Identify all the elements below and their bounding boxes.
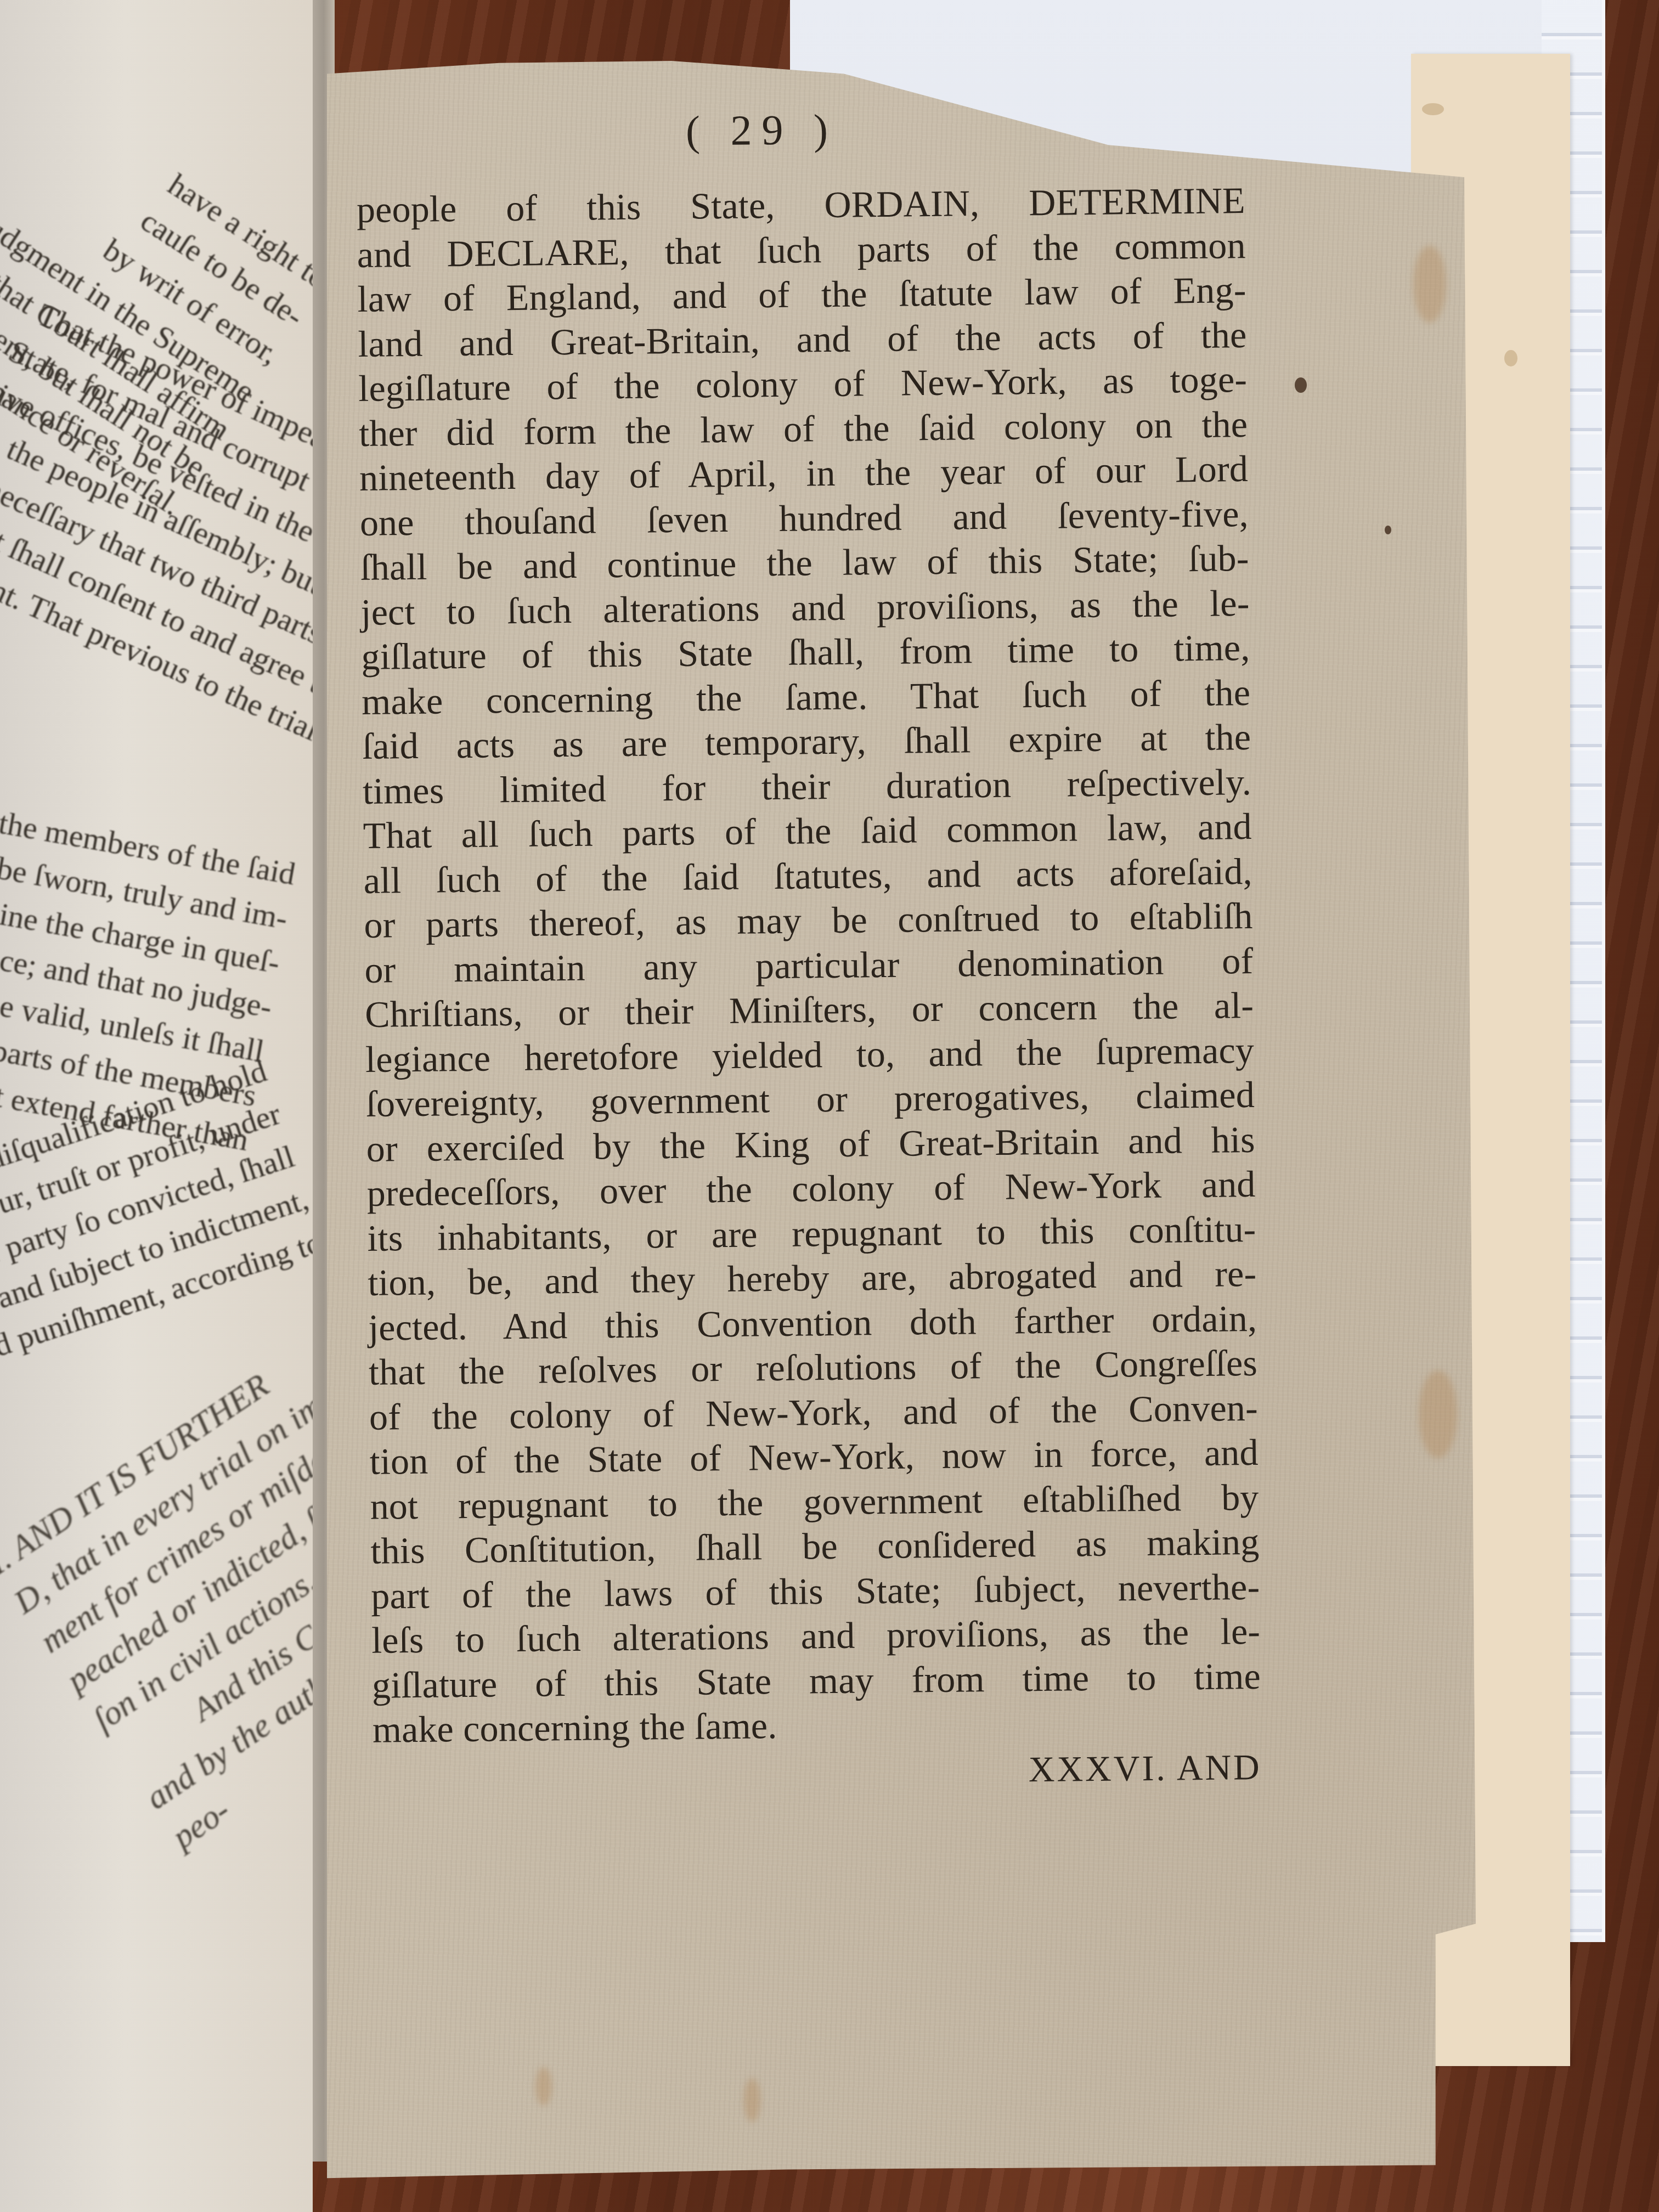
foxing-spot: [1422, 103, 1444, 115]
page-text-block: ( 29 ) people of this State, ORDAIN, DET…: [356, 100, 1262, 1797]
ink-blot: [1385, 526, 1391, 534]
text-line: giſlature of this State may from time to…: [372, 1654, 1261, 1707]
foxing-stain: [1419, 1370, 1457, 1458]
foxing-stain: [1413, 246, 1446, 323]
text-line-last: make concerning the ſame.: [373, 1699, 1262, 1752]
foxing-stain: [535, 2067, 552, 2106]
foxing-stain: [744, 2078, 760, 2122]
facing-page: have a right to cauſe to be de- by writ …: [0, 0, 313, 2212]
foxing-spot: [1504, 350, 1517, 366]
page-number: ( 29 ): [279, 100, 1245, 160]
ink-blot: [1295, 377, 1307, 393]
